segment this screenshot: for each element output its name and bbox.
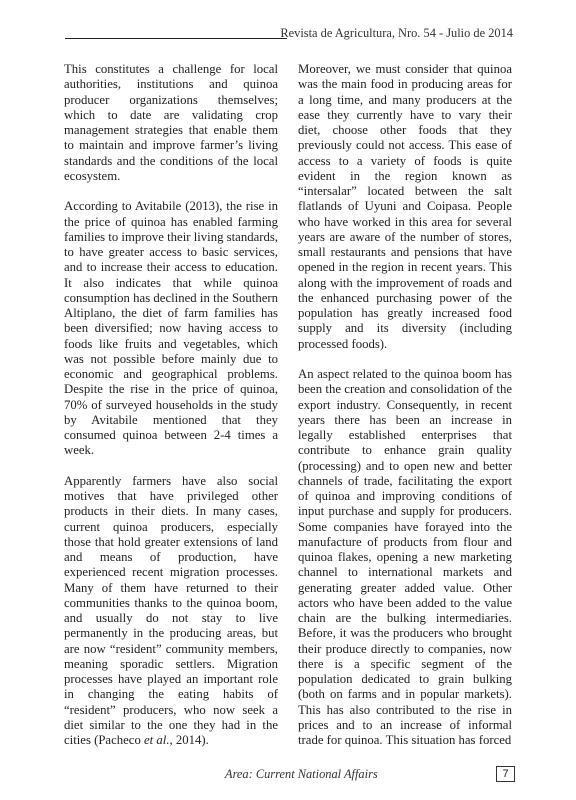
footer-section-label: Area: Current National Affairs [225,767,378,782]
page-number: 7 [496,766,515,782]
right-column: Moreover, we must consider that quinoa w… [298,62,512,748]
page-footer: Area: Current National Affairs 7 [0,764,576,784]
paragraph-avitabile: According to Avitabile (2013), the rise … [64,199,278,458]
header-rule [65,38,287,39]
citation-etal: et al., [144,733,173,747]
journal-title: Revista de Agricultura, Nro. 54 - Julio … [280,26,513,40]
left-column: This constitutes a challenge for local a… [64,62,278,748]
paragraph-challenge: This constitutes a challenge for local a… [64,62,278,184]
paragraph-text-end: 2014). [173,733,209,747]
paragraph-main-food: Moreover, we must consider that quinoa w… [298,62,512,352]
paragraph-social-motives: Apparently farmers have also social moti… [64,474,278,749]
running-header: Revista de Agricultura, Nro. 54 - Julio … [65,26,513,42]
paragraph-text: Apparently farmers have also social moti… [64,474,278,747]
paragraph-export-industry: An aspect related to the quinoa boom has… [298,367,512,748]
